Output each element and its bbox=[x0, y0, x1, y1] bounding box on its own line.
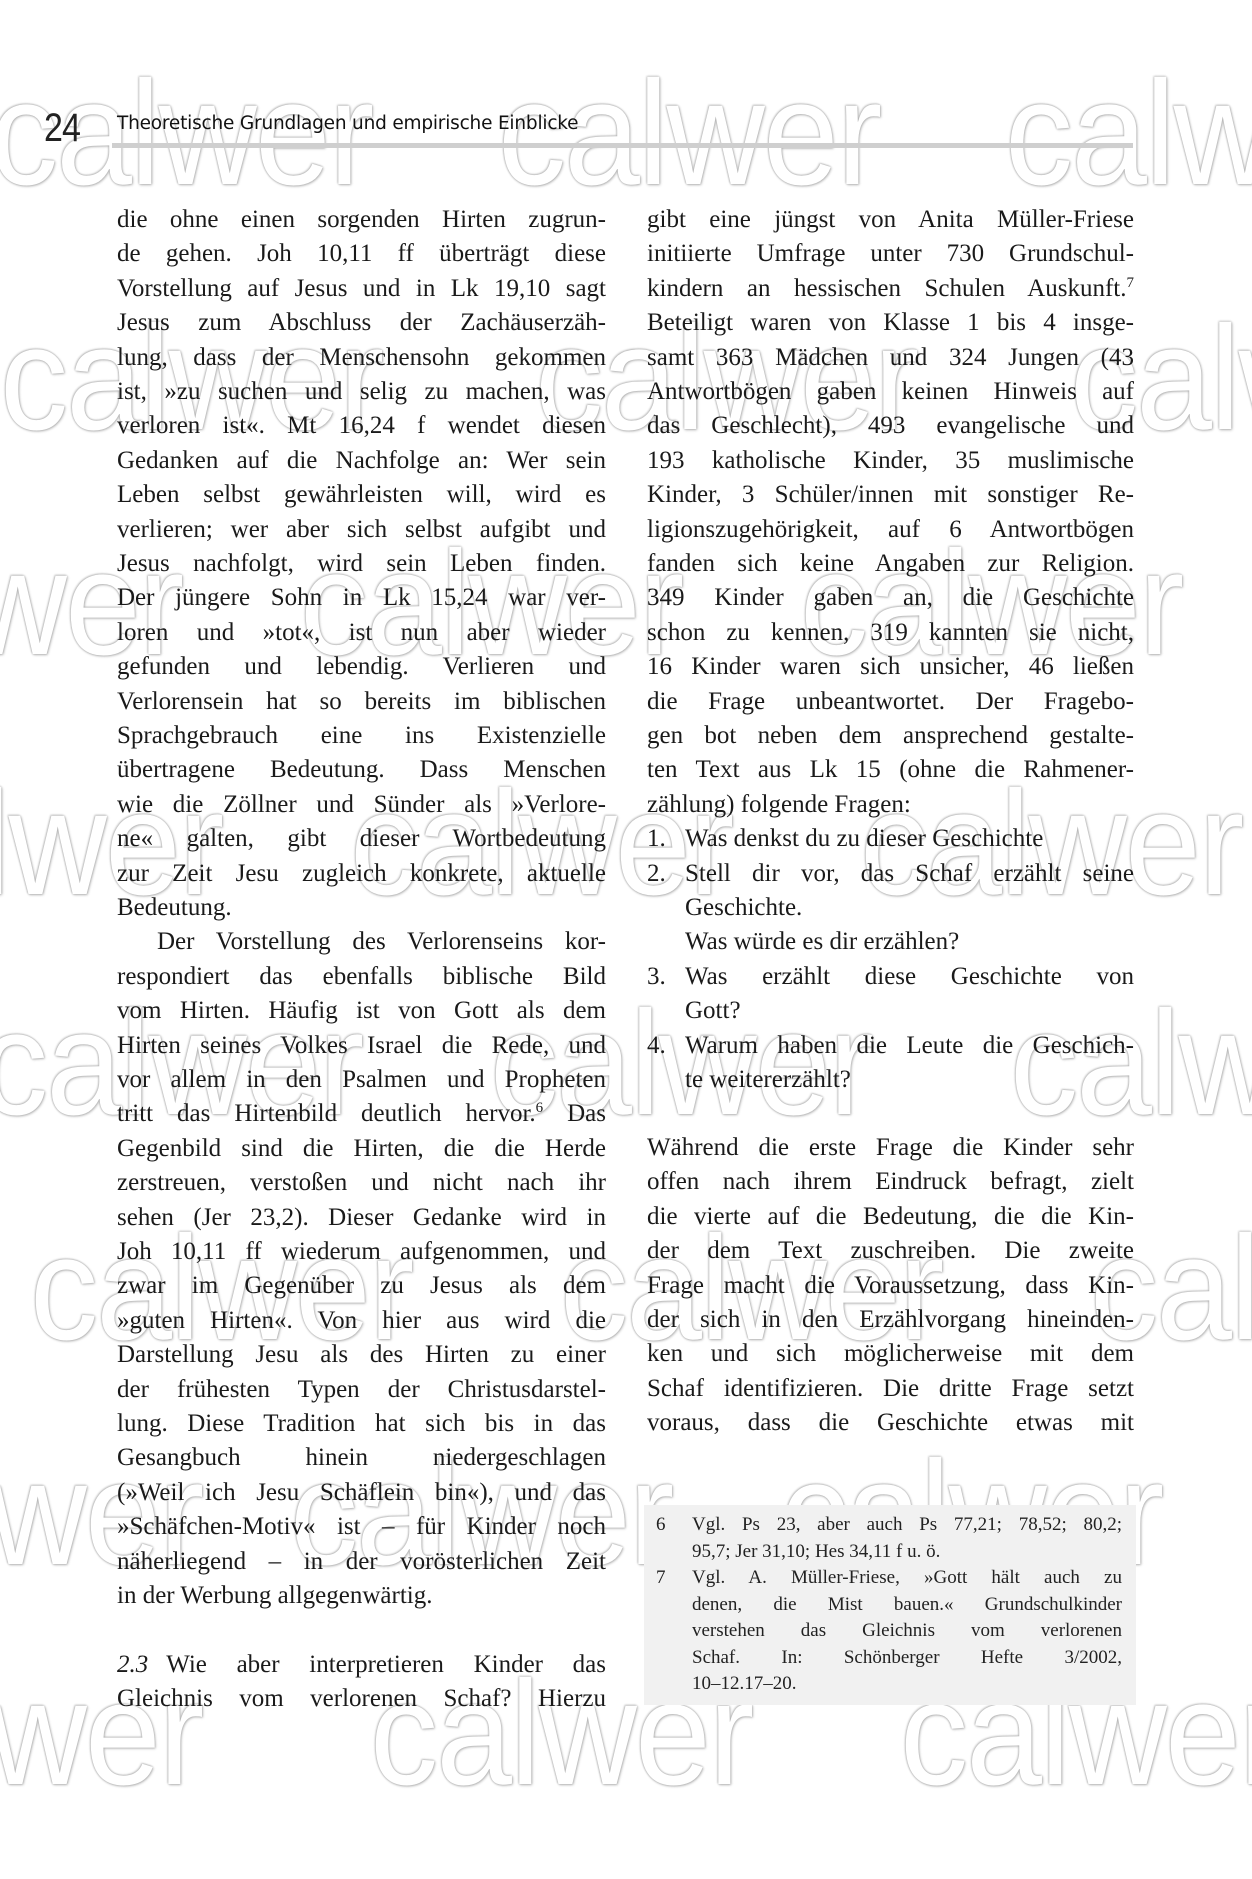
text-line: der sich in den Erzählvorgang hineinden- bbox=[647, 1303, 1134, 1337]
text-line: zur Zeit Jesu zugleich konkrete, aktuell… bbox=[117, 857, 606, 891]
section-heading-text: Wie aber interpretieren Kinder das bbox=[166, 1651, 606, 1678]
text-line: der frühesten Typen der Christusdarstel- bbox=[117, 1373, 606, 1407]
text-line: fanden sich keine Angaben zur Religion. bbox=[647, 547, 1134, 581]
list-item: 1. Was denkst du zu dieser Geschichte bbox=[647, 822, 1134, 856]
text-line: verlieren; wer aber sich selbst aufgibt … bbox=[117, 513, 606, 547]
text-line: gibt eine jüngst von Anita Müller-Friese bbox=[647, 203, 1134, 237]
list-text: Geschichte. bbox=[685, 891, 1134, 925]
text-line: verloren ist«. Mt 16,24 f wendet diesen bbox=[117, 409, 606, 443]
text-line: lung. Diese Tradition hat sich bis in da… bbox=[117, 1407, 606, 1441]
text-line: Jesus nachfolgt, wird sein Leben finden. bbox=[117, 547, 606, 581]
text-segment: tritt das Hirtenbild deutlich hervor. bbox=[117, 1100, 536, 1127]
text-line: zwar im Gegenüber zu Jesus als dem bbox=[117, 1269, 606, 1303]
text-line: Joh 10,11 ff wiederum aufgenommen, und bbox=[117, 1235, 606, 1269]
text-line: Der jüngere Sohn in Lk 15,24 war ver- bbox=[117, 581, 606, 615]
text-line: Jesus zum Abschluss der Zachäuserzäh- bbox=[117, 306, 606, 340]
text-line: (»Weil ich Jesu Schäflein bin«), und das bbox=[117, 1476, 606, 1510]
text-line: Leben selbst gewährleisten will, wird es bbox=[117, 478, 606, 512]
text-line: ken und sich möglicherweise mit dem bbox=[647, 1337, 1134, 1371]
list-number: 1. bbox=[647, 822, 677, 856]
section-number: 2.3 bbox=[117, 1651, 148, 1678]
list-number: 4. bbox=[647, 1029, 677, 1063]
text-line: ten Text aus Lk 15 (ohne die Rahmener- bbox=[647, 753, 1134, 787]
running-head: Theoretische Grundlagen und empirische E… bbox=[117, 115, 578, 134]
text-line: die ohne einen sorgenden Hirten zugrun- bbox=[117, 203, 606, 237]
text-line: Gegenbild sind die Hirten, die die Herde bbox=[117, 1132, 606, 1166]
text-line: übertragene Bedeutung. Dass Menschen bbox=[117, 753, 606, 787]
text-segment: kindern an hessischen Schulen Auskunft. bbox=[647, 275, 1127, 302]
text-line: gen bot neben dem ansprechend gestalte- bbox=[647, 719, 1134, 753]
text-line: samt 363 Mädchen und 324 Jungen (43 bbox=[647, 341, 1134, 375]
text-line: de gehen. Joh 10,11 ff überträgt diese bbox=[117, 237, 606, 271]
text-line: Vorstellung auf Jesus und in Lk 19,10 sa… bbox=[117, 272, 606, 306]
text-line: »guten Hirten«. Von hier aus wird die bbox=[117, 1304, 606, 1338]
footnote-line: denen, die Mist bauen.« Grundschulkinder bbox=[692, 1592, 1122, 1618]
list-text: Was erzählt diese Geschichte von bbox=[685, 960, 1134, 994]
list-number: 3. bbox=[647, 960, 677, 994]
text-line: 193 katholische Kinder, 35 muslimische bbox=[647, 444, 1134, 478]
text-line: Der Vorstellung des Verlorenseins kor- bbox=[117, 925, 606, 959]
text-line: ne« galten, gibt dieser Wortbedeutung bbox=[117, 822, 606, 856]
text-line: Während die erste Frage die Kinder sehr bbox=[647, 1131, 1134, 1165]
text-line: Beteiligt waren von Klasse 1 bis 4 insge… bbox=[647, 306, 1134, 340]
book-page: calwer calwer calwer calwer calwer calwe… bbox=[0, 0, 1252, 1879]
text-line: vom Hirten. Häufig ist von Gott als dem bbox=[117, 994, 606, 1028]
text-line-with-footnote-ref: tritt das Hirtenbild deutlich hervor.6 D… bbox=[117, 1097, 606, 1131]
text-line: »Schäfchen-Motiv« ist – für Kinder noch bbox=[117, 1510, 606, 1544]
text-line: Sprachgebrauch eine ins Existenzielle bbox=[117, 719, 606, 753]
footnote-number: 6 bbox=[656, 1512, 666, 1538]
text-line: lung, dass der Menschensohn gekommen bbox=[117, 341, 606, 375]
text-line: Hirten seines Volkes Israel die Rede, un… bbox=[117, 1029, 606, 1063]
text-line: Gesangbuch hinein niedergeschlagen bbox=[117, 1441, 606, 1475]
list-item-continuation: Geschichte. bbox=[647, 891, 1134, 925]
list-text: Gott? bbox=[685, 994, 1134, 1028]
list-item: 4. Warum haben die Leute die Geschich- bbox=[647, 1029, 1134, 1063]
footnote-line: Vgl. Ps 23, aber auch Ps 77,21; 78,52; 8… bbox=[692, 1512, 1122, 1538]
text-line-with-footnote-ref: kindern an hessischen Schulen Auskunft.7 bbox=[647, 272, 1134, 306]
list-text: Was denkst du zu dieser Geschichte bbox=[685, 822, 1134, 856]
text-line: schon zu kennen, 319 kannten sie nicht, bbox=[647, 616, 1134, 650]
text-line: 349 Kinder gaben an, die Geschichte bbox=[647, 581, 1134, 615]
text-line: Frage macht die Voraussetzung, dass Kin- bbox=[647, 1269, 1134, 1303]
text-line: das Geschlecht), 493 evangelische und bbox=[647, 409, 1134, 443]
list-item: 2. Stell dir vor, das Schaf erzählt sein… bbox=[647, 857, 1134, 891]
list-item-continuation: te weitererzählt? bbox=[647, 1063, 1134, 1097]
text-line: wie die Zöllner und Sünder als »Verlore- bbox=[117, 788, 606, 822]
list-text: Was würde es dir erzählen? bbox=[685, 925, 1134, 959]
list-text: Warum haben die Leute die Geschich- bbox=[685, 1029, 1134, 1063]
text-line: Antwortbögen gaben keinen Hinweis auf bbox=[647, 375, 1134, 409]
text-line: gefunden und lebendig. Verlieren und bbox=[117, 650, 606, 684]
text-line: der dem Text zuschreiben. Die zweite bbox=[647, 1234, 1134, 1268]
watermark: calwer bbox=[1005, 60, 1252, 208]
text-line: ligionszugehörigkeit, auf 6 Antwortbögen bbox=[647, 513, 1134, 547]
list-text: Stell dir vor, das Schaf erzählt seine bbox=[685, 857, 1134, 891]
list-text: te weitererzählt? bbox=[685, 1063, 1134, 1097]
text-line: loren und »tot«, ist nun aber wieder bbox=[117, 616, 606, 650]
text-line: in der Werbung allgegenwärtig. bbox=[117, 1579, 606, 1613]
text-line: Bedeutung. bbox=[117, 891, 606, 925]
footnote-line: Schaf. In: Schönberger Hefte 3/2002, bbox=[692, 1645, 1122, 1671]
footnote-line: verstehen das Gleichnis vom verlorenen bbox=[692, 1618, 1122, 1644]
page-number: 24 bbox=[44, 108, 80, 148]
text-line: offen nach ihrem Eindruck befragt, zielt bbox=[647, 1165, 1134, 1199]
list-number: 2. bbox=[647, 857, 677, 891]
footnotes: 6 Vgl. Ps 23, aber auch Ps 77,21; 78,52;… bbox=[644, 1512, 1136, 1702]
footnote-line: 10–12.17–20. bbox=[692, 1671, 1122, 1697]
text-line: 16 Kinder waren sich unsicher, 46 ließen bbox=[647, 650, 1134, 684]
list-item-continuation: Gott? bbox=[647, 994, 1134, 1028]
text-line: Verlorensein hat so bereits im biblische… bbox=[117, 685, 606, 719]
text-line: vor allem in den Psalmen und Propheten bbox=[117, 1063, 606, 1097]
text-line: initiierte Umfrage unter 730 Grundschul- bbox=[647, 237, 1134, 271]
list-item: 3. Was erzählt diese Geschichte von bbox=[647, 960, 1134, 994]
watermark: calwer bbox=[498, 60, 880, 208]
text-line: zählung) folgende Fragen: bbox=[647, 788, 1134, 822]
header-rule bbox=[112, 143, 1133, 148]
footnote-line: 95,7; Jer 31,10; Hes 34,11 f u. ö. bbox=[692, 1539, 1122, 1565]
text-segment: Das bbox=[543, 1100, 606, 1127]
footnote-reference-7[interactable]: 7 bbox=[1127, 275, 1135, 291]
text-line: Darstellung Jesu als des Hirten zu einer bbox=[117, 1338, 606, 1372]
text-line: zerstreuen, verstoßen und nicht nach ihr bbox=[117, 1166, 606, 1200]
list-item-continuation: Was würde es dir erzählen? bbox=[647, 925, 1134, 959]
text-line: näherliegend – in der vorösterlichen Zei… bbox=[117, 1545, 606, 1579]
section-heading-line: 2.3Wie aber interpretieren Kinder das bbox=[117, 1648, 606, 1682]
text-line: die vierte auf die Bedeutung, die die Ki… bbox=[647, 1200, 1134, 1234]
footnote-number: 7 bbox=[656, 1565, 666, 1591]
text-line: Kinder, 3 Schüler/innen mit sonstiger Re… bbox=[647, 478, 1134, 512]
text-line: ist, »zu suchen und selig zu machen, was bbox=[117, 375, 606, 409]
text-line: Gedanken auf die Nachfolge an: Wer sein bbox=[117, 444, 606, 478]
text-line: sehen (Jer 23,2). Dieser Gedanke wird in bbox=[117, 1201, 606, 1235]
text-line: die Frage unbeantwortet. Der Fragebo- bbox=[647, 685, 1134, 719]
text-line: respondiert das ebenfalls biblische Bild bbox=[117, 960, 606, 994]
text-line: Schaf identifizieren. Die dritte Frage s… bbox=[647, 1372, 1134, 1406]
text-line: voraus, dass die Geschichte etwas mit bbox=[647, 1406, 1134, 1440]
footnote-line: Vgl. A. Müller-Friese, »Gott hält auch z… bbox=[692, 1565, 1122, 1591]
text-line: Gleichnis vom verlorenen Schaf? Hierzu bbox=[117, 1682, 606, 1716]
